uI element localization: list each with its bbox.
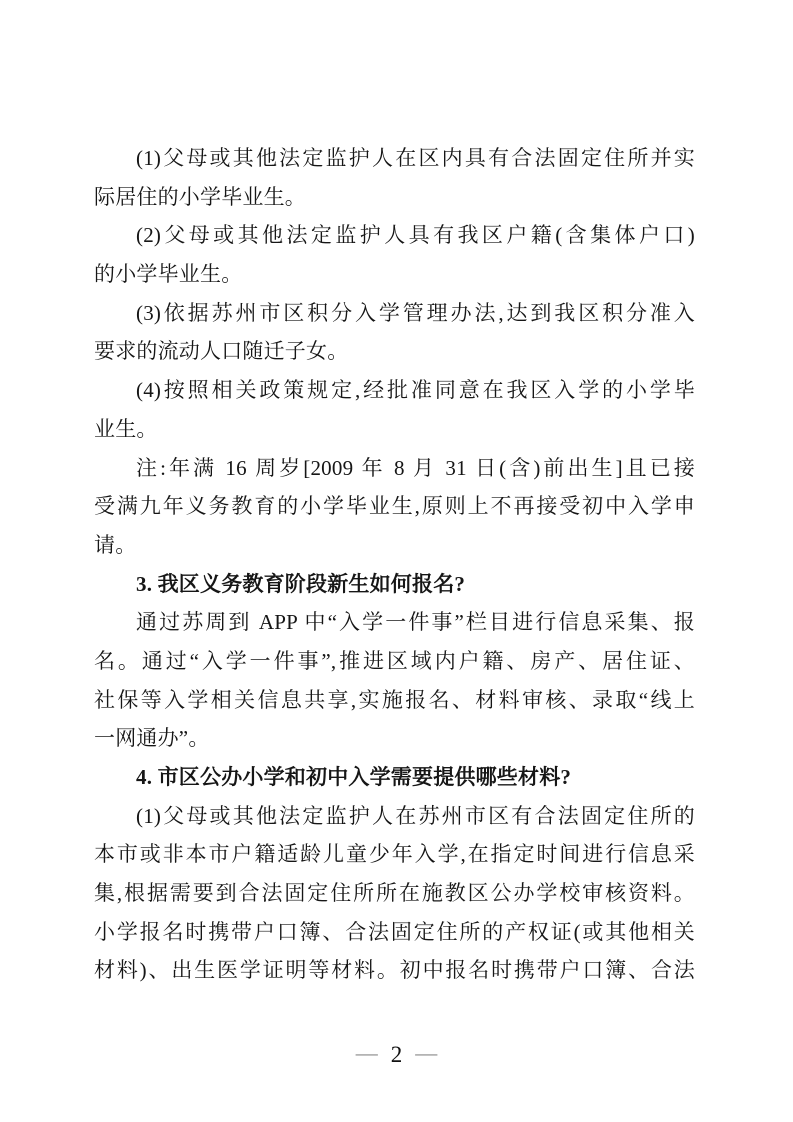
text-line: 材料)、出生医学证明等材料。初中报名时携带户口簿、合法: [94, 951, 695, 990]
eligibility-item-1: (1)父母或其他法定监护人在区内具有合法固定住所并实 际居住的小学毕业生。: [94, 139, 695, 216]
page-number: 2: [391, 1042, 403, 1067]
text-line: 名。通过“入学一件事”,推进区域内户籍、房产、居住证、: [94, 642, 695, 681]
footer-dash-left-icon: —: [356, 1040, 378, 1065]
heading-line: 4. 市区公办小学和初中入学需要提供哪些材料?: [94, 758, 695, 797]
text-line: 要求的流动人口随迁子女。: [94, 332, 695, 371]
footer-dash-right-icon: —: [415, 1040, 437, 1065]
question-3-heading: 3. 我区义务教育阶段新生如何报名?: [94, 565, 695, 604]
text-line: (1)父母或其他法定监护人在区内具有合法固定住所并实: [94, 139, 695, 178]
text-line: (1)父母或其他法定监护人在苏州市区有合法固定住所的: [94, 797, 695, 836]
age-note-paragraph: 注:年满 16 周岁[2009 年 8 月 31 日(含)前出生]且已接 受满九…: [94, 449, 695, 565]
text-line: 集,根据需要到合法固定住所所在施教区公办学校审核资料。: [94, 874, 695, 913]
text-line: 的小学毕业生。: [94, 255, 695, 294]
text-line: (2)父母或其他法定监护人具有我区户籍(含集体户口): [94, 216, 695, 255]
text-line: 际居住的小学毕业生。: [94, 178, 695, 217]
text-line: 本市或非本市户籍适龄儿童少年入学,在指定时间进行信息采: [94, 835, 695, 874]
question-4-heading: 4. 市区公办小学和初中入学需要提供哪些材料?: [94, 758, 695, 797]
text-line: 小学报名时携带户口簿、合法固定住所的产权证(或其他相关: [94, 913, 695, 952]
text-line: (3)依据苏州市区积分入学管理办法,达到我区积分准入: [94, 294, 695, 333]
question-3-answer: 通过苏周到 APP 中“入学一件事”栏目进行信息采集、报 名。通过“入学一件事”…: [94, 603, 695, 758]
text-line: (4)按照相关政策规定,经批准同意在我区入学的小学毕: [94, 371, 695, 410]
eligibility-item-2: (2)父母或其他法定监护人具有我区户籍(含集体户口) 的小学毕业生。: [94, 216, 695, 293]
text-line: 请。: [94, 526, 695, 565]
text-line: 受满九年义务教育的小学毕业生,原则上不再接受初中入学申: [94, 487, 695, 526]
text-line: 一网通办”。: [94, 719, 695, 758]
question-4-answer: (1)父母或其他法定监护人在苏州市区有合法固定住所的 本市或非本市户籍适龄儿童少…: [94, 797, 695, 990]
document-body: (1)父母或其他法定监护人在区内具有合法固定住所并实 际居住的小学毕业生。 (2…: [94, 139, 695, 990]
eligibility-item-4: (4)按照相关政策规定,经批准同意在我区入学的小学毕 业生。: [94, 371, 695, 448]
text-line: 通过苏周到 APP 中“入学一件事”栏目进行信息采集、报: [94, 603, 695, 642]
text-line: 业生。: [94, 410, 695, 449]
text-line: 注:年满 16 周岁[2009 年 8 月 31 日(含)前出生]且已接: [94, 449, 695, 488]
heading-line: 3. 我区义务教育阶段新生如何报名?: [94, 565, 695, 604]
page-footer: —2—: [0, 1040, 793, 1070]
document-page: (1)父母或其他法定监护人在区内具有合法固定住所并实 际居住的小学毕业生。 (2…: [0, 0, 793, 1122]
eligibility-item-3: (3)依据苏州市区积分入学管理办法,达到我区积分准入 要求的流动人口随迁子女。: [94, 294, 695, 371]
text-line: 社保等入学相关信息共享,实施报名、材料审核、录取“线上: [94, 681, 695, 720]
